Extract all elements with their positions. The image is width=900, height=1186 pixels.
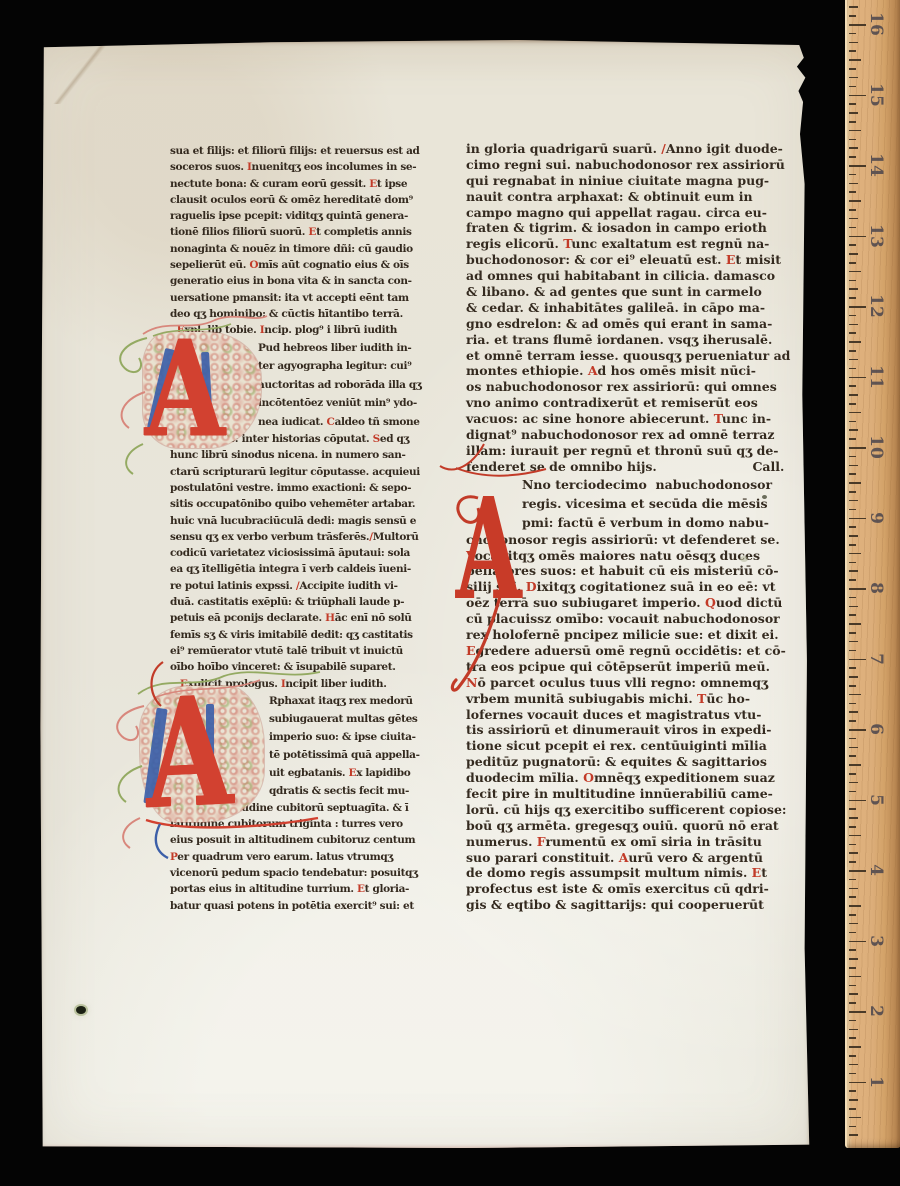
text-line: sua et filijs: et filiorū filijs: et reu…: [170, 143, 438, 159]
ruler-tick: [849, 165, 866, 167]
ruler-number: 16: [866, 11, 886, 37]
text-line: qui regnabat in niniue ciuitate magna pu…: [466, 173, 802, 189]
text-line: soceros suos. Inuenitqʒ eos incolumes in…: [170, 159, 438, 175]
ruler-tick: [849, 200, 861, 202]
ruler-tick: [849, 852, 858, 854]
ruler-number: 6: [866, 716, 886, 742]
ruler-number: 15: [866, 82, 886, 108]
text-line: regis elicorū. Tunc exaltatum est regnū …: [466, 236, 802, 252]
ruler-tick: [849, 227, 856, 229]
ruler-tick: [849, 632, 856, 634]
ruler-tick: [849, 562, 856, 564]
ruler-tick: [849, 174, 856, 176]
text-line: cimo regni sui. nabuchodonosor rex assir…: [466, 157, 802, 173]
red-paren-mark-icon: [144, 660, 168, 708]
ruler-tick: [849, 271, 861, 273]
ruler-number: 2: [866, 998, 886, 1024]
right-block1: in gloria quadrigarū suarū. /Anno igit d…: [466, 141, 802, 475]
ruler-tick: [849, 729, 866, 731]
text-line: montes ethiopie. Ad hos omēs misit nūci-: [466, 363, 802, 379]
ruler-tick: [849, 685, 856, 687]
ruler-tick: [849, 86, 856, 88]
ruler-tick: [849, 597, 856, 599]
ruler-tick: [849, 341, 861, 343]
text-line: auctoritas ad roborāda illa qʒ: [258, 376, 438, 395]
ruler-tick: [849, 1055, 856, 1057]
text-line: pmi: factū ē verbum in domo nabu-: [522, 513, 802, 532]
ruler-tick: [849, 1126, 856, 1128]
ruler-tick: [849, 703, 856, 705]
text-line: os nabuchodonosor rex assiriorū: qui omn…: [466, 379, 802, 395]
ruler-tick: [849, 482, 861, 484]
ruler-number: 11: [866, 364, 886, 390]
text-line: ad omnes qui habitabant in cilicia. dama…: [466, 268, 802, 284]
ruler-tick: [849, 50, 856, 52]
ruler-number: 9: [866, 505, 886, 531]
ruler-tick: [849, 6, 858, 8]
text-line: qdratis & sectis fecit mu-: [269, 782, 438, 800]
rubricated-initial-A: A: [456, 480, 521, 620]
ruler-tick: [849, 412, 861, 414]
ruler-number: 10: [866, 434, 886, 460]
text-line: fecit pire in multitudine innūerabiliū c…: [466, 786, 802, 802]
ruler-tick: [849, 650, 856, 652]
ruler-tick: [849, 1108, 856, 1110]
ruler-tick: [849, 835, 861, 837]
ruler-tick: [849, 15, 856, 17]
ruler-tick: [849, 932, 856, 934]
ruler-number: 5: [866, 787, 886, 813]
ruler-tick: [849, 429, 858, 431]
text-line: boū qʒ armēta. gregesqʒ ouiū. quorū nō e…: [466, 818, 802, 834]
text-line: petuis eā pconijs declarate. Hāc enī nō …: [170, 610, 438, 626]
ruler-tick: [849, 59, 861, 61]
ruler-tick: [849, 324, 858, 326]
ruler-tick: [849, 861, 856, 863]
text-line: Nno terciodecimo nabuchodonosor: [522, 475, 802, 494]
text-line: sensu qʒ ex verbo verbum trāsferēs./Mult…: [170, 529, 438, 545]
decorated-initial-A: A: [145, 324, 225, 456]
ruler-tick: [849, 262, 856, 264]
ruler-tick: [849, 191, 856, 193]
ruler-tick: [849, 385, 856, 387]
text-line: postulatōni vestre. immo exactioni: & se…: [170, 480, 438, 496]
ruler-tick: [849, 579, 856, 581]
ruler-tick: [849, 1117, 861, 1119]
text-line: imperio suo: & ipse ciuita-: [269, 728, 438, 746]
ruler-tick: [849, 183, 858, 185]
text-line: Pud hebreos liber iudith in-: [258, 339, 438, 358]
ruler-tick: [849, 826, 856, 828]
ruler-tick: [849, 1046, 861, 1048]
ruler-tick: [849, 967, 856, 969]
ruler-tick: [849, 236, 866, 238]
marginal-tendrils-icon: [94, 690, 148, 850]
ruler-tick: [849, 156, 856, 158]
ruler-tick: [849, 509, 856, 511]
text-line: in gloria quadrigarū suarū. /Anno igit d…: [466, 141, 802, 157]
paper-stain: [740, 556, 748, 562]
ruler-number: 8: [866, 575, 886, 601]
ruler-tick: [849, 808, 856, 810]
text-line: campo magno qui appellat ragau. circa eu…: [466, 205, 802, 221]
ruler-tick: [849, 500, 858, 502]
text-line: tionē filios filiorū suorū. Et completis…: [170, 224, 438, 240]
left-block2: conscriptus: inter historias cōputat. Se…: [170, 431, 438, 692]
ruler-tick: [849, 1020, 856, 1022]
text-line: & cedar. & inhabitātes galileā. in cāpo …: [466, 300, 802, 316]
ruler-tick: [849, 1064, 858, 1066]
ruler-tick: [849, 747, 858, 749]
ruler-tick: [849, 244, 856, 246]
ruler-tick: [849, 421, 856, 423]
ruler-tick: [849, 1099, 858, 1101]
text-line: huic vnā lucubraciūculā dedi: magis sens…: [170, 513, 438, 529]
text-line: peditūz pugnatorū: & equites & sagittari…: [466, 754, 802, 770]
text-line: regis. vicesima et secūda die mēsis: [522, 494, 802, 513]
ruler-tick: [849, 738, 856, 740]
ruler-tick: [849, 209, 856, 211]
ruler-tick: [849, 755, 856, 757]
ruler-tick: [849, 800, 866, 802]
ruler-tick: [849, 130, 861, 132]
text-line: portas eius in altitudine turrium. Et gl…: [170, 881, 438, 897]
ruler-tick: [849, 914, 856, 916]
text-line: nea iudicat. Caldeo tñ smone: [258, 413, 438, 432]
text-line: fraten & tigrim. & iosadon in campo erio…: [466, 220, 802, 236]
text-line: incōtentōez veniūt min⁹ ydo-: [258, 394, 438, 413]
ruler-tick: [849, 1011, 866, 1013]
ruler-tick: [849, 121, 856, 123]
ruler-tick: [849, 1002, 856, 1004]
ruler-tick: [849, 147, 858, 149]
ruler-tick: [849, 377, 866, 379]
text-line: & libano. & ad gentes que sunt in carmel…: [466, 284, 802, 300]
ruler-tick: [849, 95, 866, 97]
ruler-tick: [849, 711, 858, 713]
text-line: et omnē terram iesse. quousqʒ perueniatu…: [466, 348, 802, 364]
ruler-tick: [849, 103, 856, 105]
text-line: tione sicut pcepit ei rex. centūuiginti …: [466, 738, 802, 754]
ruler-tick: [849, 535, 858, 537]
ruler-tick: [849, 473, 856, 475]
ruler-tick: [849, 394, 858, 396]
paper-speck: [762, 495, 767, 499]
text-line: duodecim mīlia. Omnēqʒ expeditionem suaz: [466, 770, 802, 786]
ruler-tick: [849, 844, 856, 846]
ruler-tick: [849, 570, 858, 572]
text-line: duā. castitatis exēplū: & triūphali laud…: [170, 594, 438, 610]
ruler-tick: [849, 588, 866, 590]
ruler-tick: [849, 1090, 856, 1092]
ruler-tick: [849, 949, 856, 951]
ruler-tick: [849, 720, 856, 722]
text-line: suo parari constituit. Aurū vero & argen…: [466, 850, 802, 866]
text-line: illam: iurauit per regnū et thronū suū q…: [466, 443, 802, 459]
text-line: re potui latinis expssi. /Accipite iudit…: [170, 578, 438, 594]
left-block1: sua et filijs: et filiorū filijs: et reu…: [170, 143, 438, 339]
text-line: ei⁹ remūerator vtutē talē tribuit vt inu…: [170, 643, 438, 659]
ruler-tick: [849, 817, 858, 819]
ruler-tick: [849, 985, 856, 987]
ruler-tick: [849, 465, 858, 467]
ruler-tick: [849, 33, 856, 35]
ruler-tick: [849, 403, 856, 405]
ruler-tick: [849, 456, 856, 458]
ruler-tick: [849, 112, 858, 114]
text-line: lofernes vocauit duces et magistratus vt…: [466, 707, 802, 723]
text-line: raguelis ipse pcepit: viditqʒ quintā gen…: [170, 208, 438, 224]
ruler-tick: [849, 447, 866, 449]
ruler-tick: [849, 659, 866, 661]
photograph-stage: sua et filijs: et filiorū filijs: et reu…: [0, 0, 900, 1186]
ruler-tick: [849, 544, 856, 546]
text-line: ea qʒ ītelligētia integra ī verb caldeis…: [170, 561, 438, 577]
ruler-tick: [849, 879, 856, 881]
ruler-tick: [849, 350, 856, 352]
marginal-tendrils-icon: [97, 326, 151, 476]
text-line: batur quasi potens in potētia exercit⁹ s…: [170, 898, 438, 914]
ruler-tick: [849, 993, 858, 995]
ruler-tick: [849, 518, 866, 520]
ruler-tick: [849, 896, 856, 898]
text-line: femīs sʒ & viris imitabilē dedit: qʒ cas…: [170, 627, 438, 643]
wormhole: [76, 1006, 86, 1014]
text-line: ria. et trans flumē iordanen. vsqʒ iheru…: [466, 332, 802, 348]
ruler-tick: [849, 606, 858, 608]
text-line: clausit oculos eorū & omēz hereditatē do…: [170, 192, 438, 208]
ruler-number: 12: [866, 293, 886, 319]
corner-crease: [46, 44, 116, 104]
text-line: sitis occupatōnibo quibo vehemēter artab…: [170, 496, 438, 512]
ruler-tick: [849, 641, 858, 643]
text-line: gno esdrelon: & ad omēs qui erant in sam…: [466, 316, 802, 332]
text-line: lorū. cū hijs qʒ exercitibo sufficerent …: [466, 802, 802, 818]
red-underline-flourish-icon: [454, 464, 549, 482]
ruler-tick: [849, 1073, 856, 1075]
ruler-tick: [849, 782, 858, 784]
text-line: subiugauerat multas gētes: [269, 710, 438, 728]
ruler-tick: [849, 526, 856, 528]
text-line: de domo regis assumpsit multum nimis. Et: [466, 865, 802, 881]
text-line: dignat⁹ nabuchodonosor rex ad omnē terra…: [466, 427, 802, 443]
text-line: profectus est iste & omīs exercitus cū q…: [466, 881, 802, 897]
ruler-number: 14: [866, 152, 886, 178]
rubricated-initial-anno: A: [448, 478, 528, 708]
ruler-number: 1: [866, 1069, 886, 1095]
ruler-tick: [849, 139, 856, 141]
ruler-tick: [849, 315, 856, 317]
ruler-tick: [849, 288, 858, 290]
ruler-tick: [849, 1029, 858, 1031]
ruler-tick: [849, 1082, 866, 1084]
text-line: tis assiriorū et dinumerauit viros in ex…: [466, 722, 802, 738]
ruler-number: 13: [866, 223, 886, 249]
ruler-number: 4: [866, 857, 886, 883]
ruler-tick: [849, 332, 856, 334]
ruler-tick: [849, 923, 858, 925]
text-line: numerus. Frumentū ex omī siria in trāsit…: [466, 834, 802, 850]
ruler-tick: [849, 870, 866, 872]
ruler-tick: [849, 667, 856, 669]
manuscript-leaf: sua et filijs: et filiorū filijs: et reu…: [40, 40, 810, 1148]
text-line: generatio eius in bona vita & in sancta …: [170, 273, 438, 289]
text-line: ter agyographa legitur: cui⁹: [258, 357, 438, 376]
ruler-tick: [849, 280, 856, 282]
ruler-tick: [849, 791, 856, 793]
ruler-tick: [849, 359, 858, 361]
ruler-tick: [849, 438, 856, 440]
text-line: nonaginta & nouēz in timore dñi: cū gaud…: [170, 241, 438, 257]
ruler-tick: [849, 623, 861, 625]
text-line: nectute bona: & curam eorū gessit. Et ip…: [170, 176, 438, 192]
ruler-tick: [849, 888, 858, 890]
ruler-tick: [849, 306, 866, 308]
ruler-tick: [849, 368, 856, 370]
text-line: codicū varietatez viciosissimā āputaui: …: [170, 545, 438, 561]
ruler-tick: [849, 297, 856, 299]
ruler-tick: [849, 253, 858, 255]
ruler-tick: [849, 976, 861, 978]
ruler-tick: [849, 958, 858, 960]
text-line: sepelierūt eū. Omīs aūt cognatio eius & …: [170, 257, 438, 273]
ruler-tick: [849, 773, 856, 775]
ruler-tick: [849, 614, 856, 616]
ruler-tick: [849, 1037, 856, 1039]
ruler-number: 3: [866, 928, 886, 954]
ruler-number: 7: [866, 646, 886, 672]
ruler-tick: [849, 676, 858, 678]
text-line: uersatione pmansit: ita vt accepti eēnt …: [170, 290, 438, 306]
text-line: uit egbatanis. Ex lapidibo: [269, 764, 438, 782]
text-line: vno animo contradixerūt et remiserūt eos: [466, 395, 802, 411]
ruler-tick: [849, 764, 861, 766]
ruler-tick: [849, 553, 861, 555]
text-line: vacuos: ac sine honore abiecerunt. Tunc …: [466, 411, 802, 427]
ruler-tick: [849, 42, 858, 44]
ruler-tick: [849, 694, 861, 696]
text-line: vicenorū pedum spacio tendebatur: posuit…: [170, 865, 438, 881]
illuminated-initial-prologue: A: [143, 332, 261, 448]
ruler-tick: [849, 68, 856, 70]
text-line: gis & eqtibo & sagittarijs: qui cooperue…: [466, 897, 802, 913]
ruler-tick: [849, 24, 866, 26]
ruler-tick: [849, 1134, 858, 1136]
text-line: buchodonosor: & cor ei⁹ eleuatū est. Et …: [466, 252, 802, 268]
ruler-tick: [849, 77, 858, 79]
text-line: nauit contra arphaxat: & obtinuit eum in: [466, 189, 802, 205]
ruler-tick: [849, 905, 861, 907]
ruler-tick: [849, 491, 856, 493]
ruler: 16151413121110987654321: [845, 0, 900, 1148]
text-line: tē potētissimā quā appella-: [269, 746, 438, 764]
ruler-tick: [849, 218, 858, 220]
ruler-tick: [849, 941, 866, 943]
